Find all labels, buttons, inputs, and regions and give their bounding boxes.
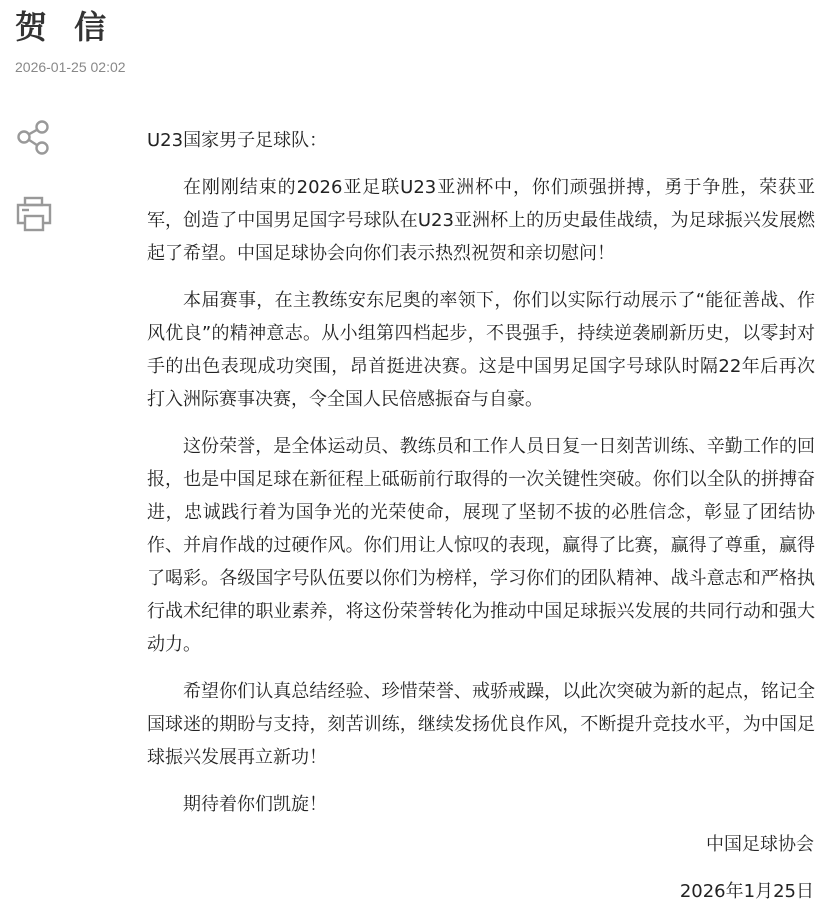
article-header: 贺 信 2026-01-25 02:02 bbox=[15, 4, 126, 76]
printer-icon bbox=[14, 195, 54, 235]
signature-date: 2026年1月25日 bbox=[680, 875, 814, 905]
letter-body: U23国家男子足球队： 在刚刚结束的2026亚足联U23亚洲杯中，你们顽强拼搏，… bbox=[147, 124, 815, 835]
publish-time: 2026-01-25 02:02 bbox=[15, 58, 126, 76]
print-button[interactable] bbox=[14, 195, 54, 235]
paragraph: 希望你们认真总结经验、珍惜荣誉、戒骄戒躁，以此次突破为新的起点，铭记全国球迷的期… bbox=[147, 675, 815, 774]
paragraph: 期待着你们凯旋！ bbox=[147, 788, 815, 821]
share-button[interactable] bbox=[14, 118, 54, 158]
article-toolbar bbox=[14, 118, 54, 235]
signature-organization: 中国足球协会 bbox=[680, 828, 814, 861]
paragraph: 本届赛事，在主教练安东尼奥的率领下，你们以实际行动展示了“能征善战、作风优良”的… bbox=[147, 284, 815, 416]
page-title: 贺 信 bbox=[15, 4, 126, 50]
share-icon bbox=[14, 118, 54, 158]
paragraph: 在刚刚结束的2026亚足联U23亚洲杯中，你们顽强拼搏，勇于争胜，荣获亚军，创造… bbox=[147, 171, 815, 270]
paragraph: 这份荣誉，是全体运动员、教练员和工作人员日复一日刻苦训练、辛勤工作的回报，也是中… bbox=[147, 430, 815, 661]
signature-block: 中国足球协会 2026年1月25日 bbox=[680, 828, 814, 905]
salutation: U23国家男子足球队： bbox=[147, 124, 815, 157]
